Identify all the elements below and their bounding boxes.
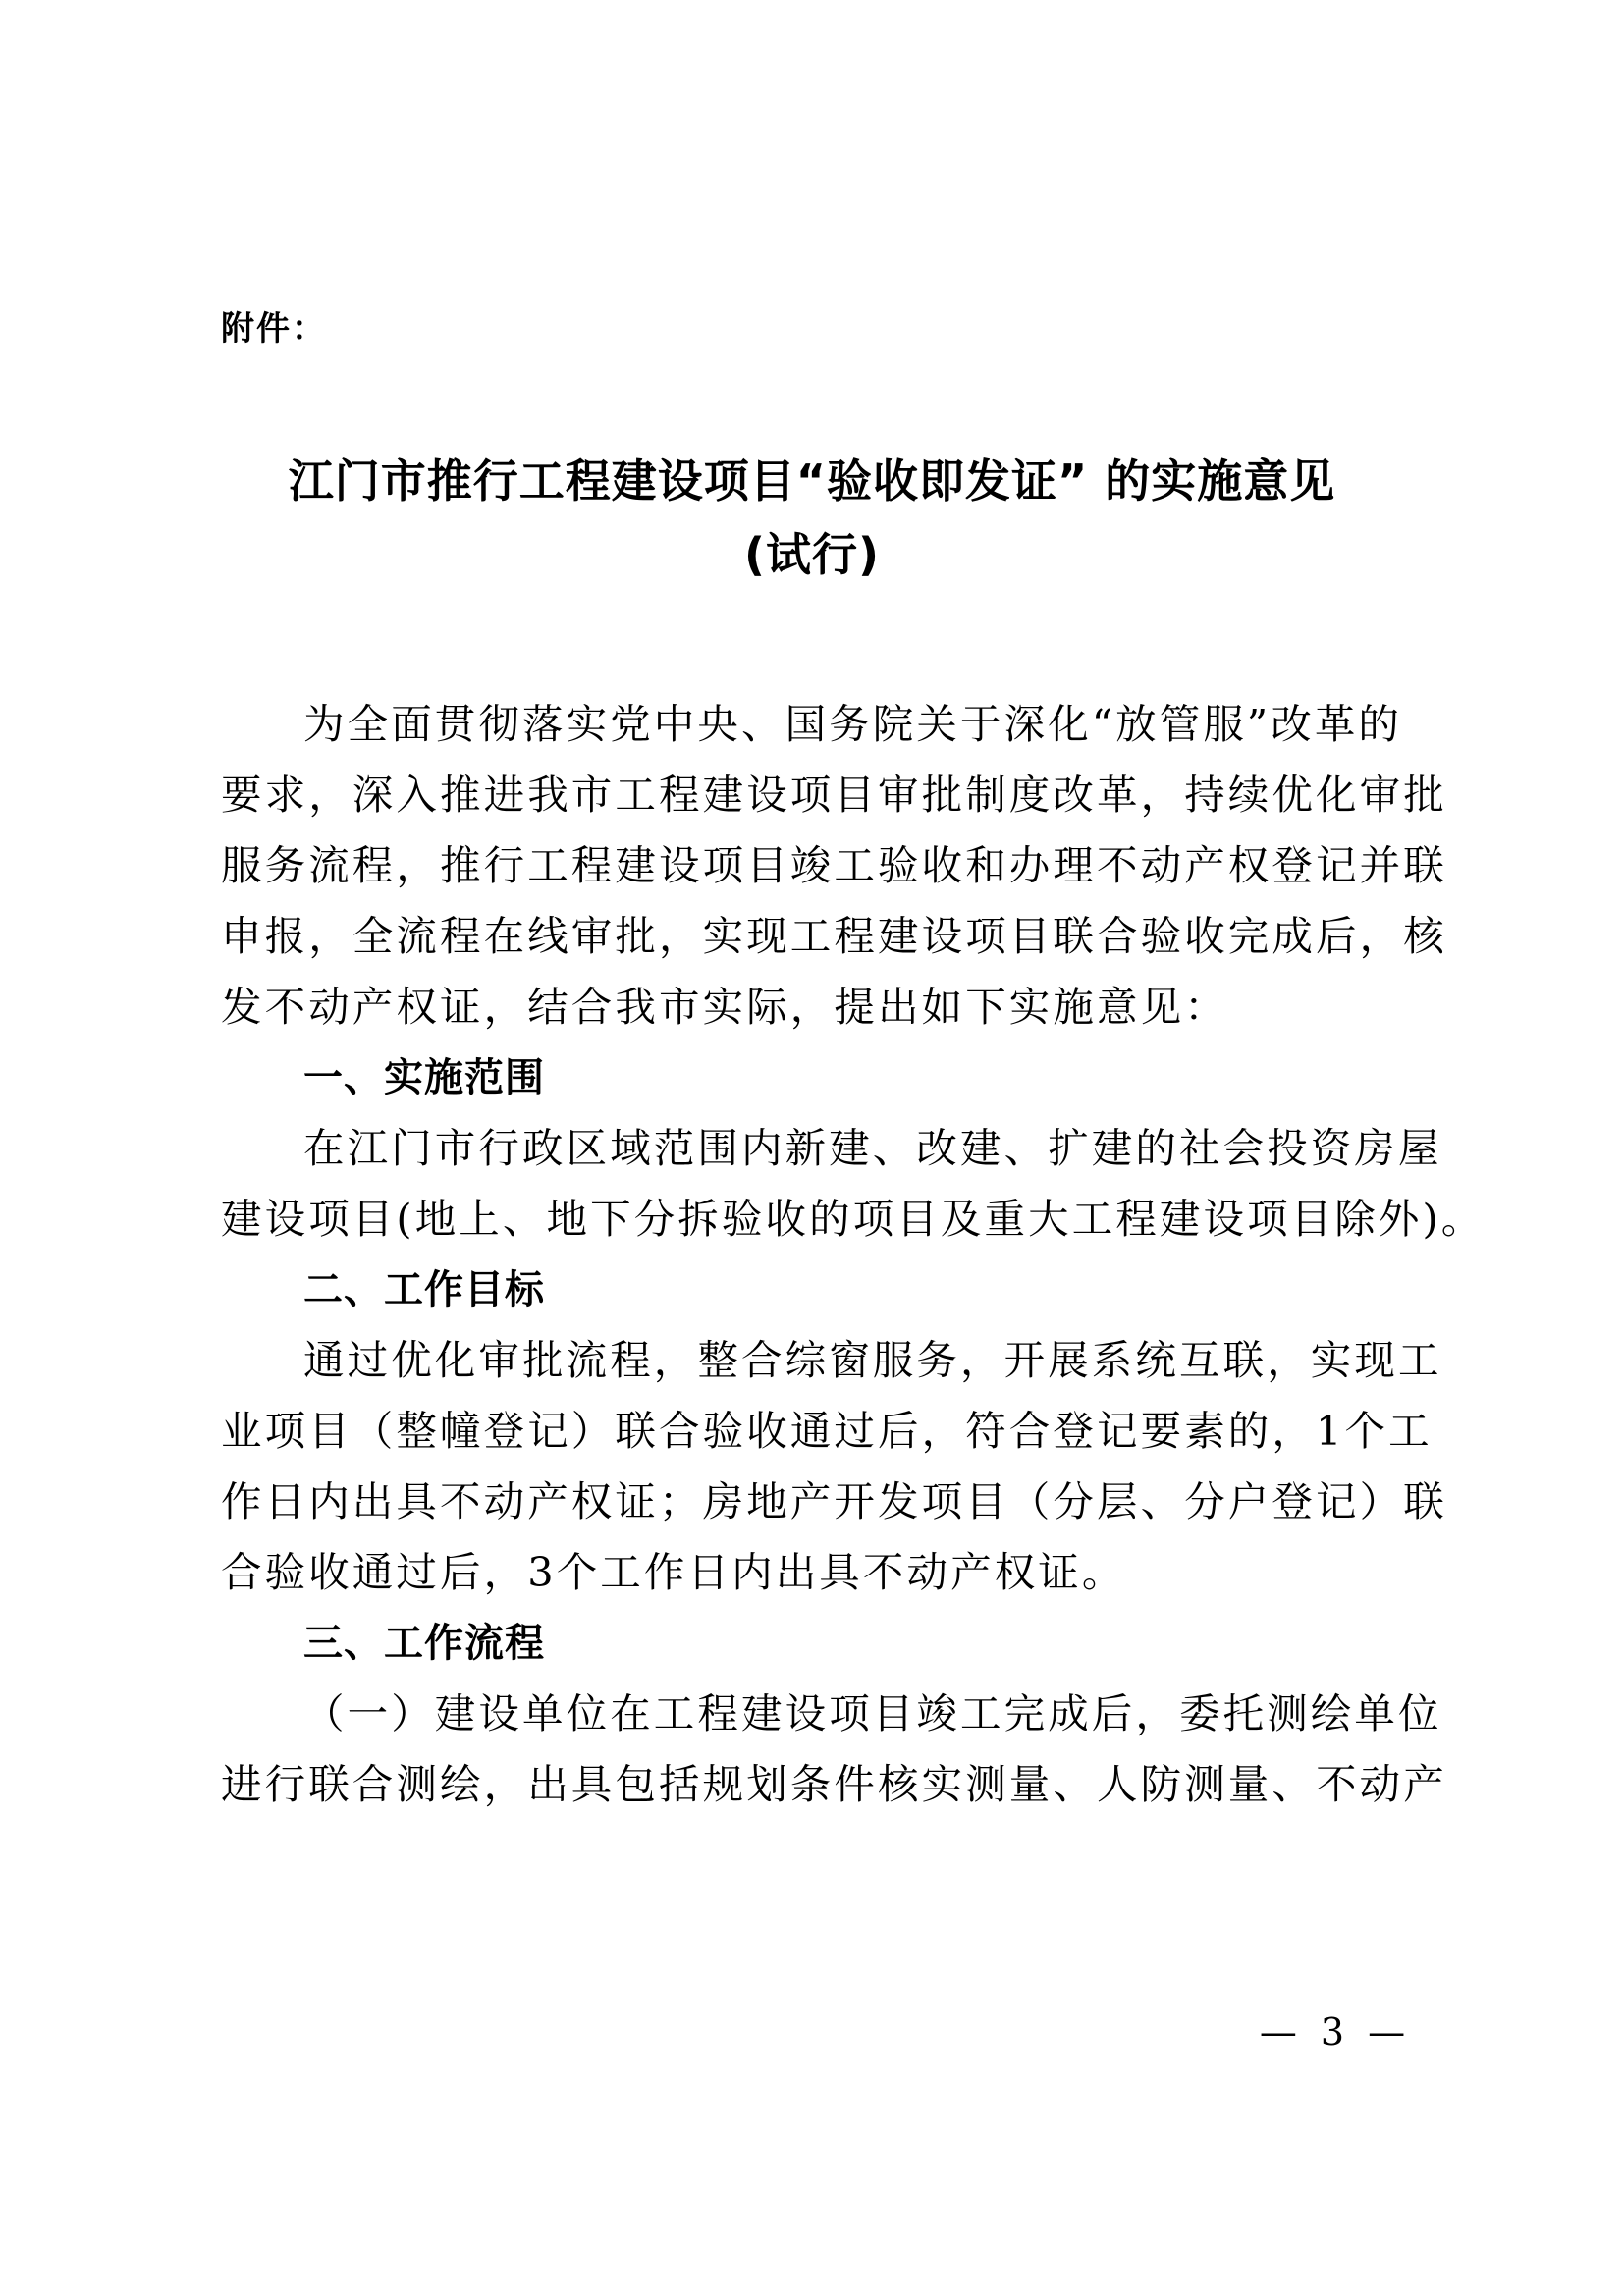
section-paragraph-workflow: （一）建设单位在工程建设项目竣工完成后，委托测绘单位 进行联合测绘，出具包括规划… (221, 1679, 1409, 1820)
document-page: 附件： 江门市推行工程建设项目“验收即发证” 的实施意见 (试行) 为全面贯彻落… (0, 0, 1624, 2296)
text-line: 申报，全流程在线审批，实现工程建设项目联合验收完成后，核 (221, 901, 1409, 972)
section-paragraph-goals: 通过优化审批流程，整合综窗服务，开展系统互联，实现工 业项目（整幢登记）联合验收… (221, 1325, 1409, 1608)
text-line: 为全面贯彻落实党中央、国务院关于深化“放管服”改革的 (221, 689, 1409, 760)
section-heading-workflow: 三、工作流程 (221, 1608, 1409, 1679)
text-line: 发不动产权证，结合我市实际，提出如下实施意见： (221, 972, 1409, 1042)
text-line: （一）建设单位在工程建设项目竣工完成后，委托测绘单位 (221, 1679, 1409, 1749)
text-line: 在江门市行政区域范围内新建、改建、扩建的社会投资房屋 (221, 1113, 1409, 1184)
document-subtitle: (试行) (196, 525, 1428, 584)
text-line: 合验收通过后，3个工作日内出具不动产权证。 (221, 1537, 1409, 1608)
attachment-label: 附件： (221, 304, 327, 353)
section-heading-goals: 二、工作目标 (221, 1255, 1409, 1325)
text-line: 要求，深入推进我市工程建设项目审批制度改革，持续优化审批 (221, 760, 1409, 830)
text-line: 业项目（整幢登记）联合验收通过后，符合登记要素的，1个工 (221, 1396, 1409, 1467)
section-heading-scope: 一、实施范围 (221, 1042, 1409, 1113)
intro-paragraph: 为全面贯彻落实党中央、国务院关于深化“放管服”改革的 要求，深入推进我市工程建设… (221, 689, 1409, 1042)
document-body: 为全面贯彻落实党中央、国务院关于深化“放管服”改革的 要求，深入推进我市工程建设… (221, 689, 1409, 1820)
text-line: 建设项目(地上、地下分拆验收的项目及重大工程建设项目除外)。 (221, 1184, 1409, 1255)
text-line: 作日内出具不动产权证；房地产开发项目（分层、分户登记）联 (221, 1467, 1409, 1537)
text-line: 进行联合测绘，出具包括规划条件核实测量、人防测量、不动产 (221, 1749, 1409, 1820)
page-number: — 3 — (1257, 2002, 1414, 2061)
document-title: 江门市推行工程建设项目“验收即发证” 的实施意见 (196, 452, 1428, 510)
text-line: 服务流程，推行工程建设项目竣工验收和办理不动产权登记并联 (221, 830, 1409, 901)
text-line: 通过优化审批流程，整合综窗服务，开展系统互联，实现工 (221, 1325, 1409, 1396)
section-paragraph-scope: 在江门市行政区域范围内新建、改建、扩建的社会投资房屋 建设项目(地上、地下分拆验… (221, 1113, 1409, 1255)
